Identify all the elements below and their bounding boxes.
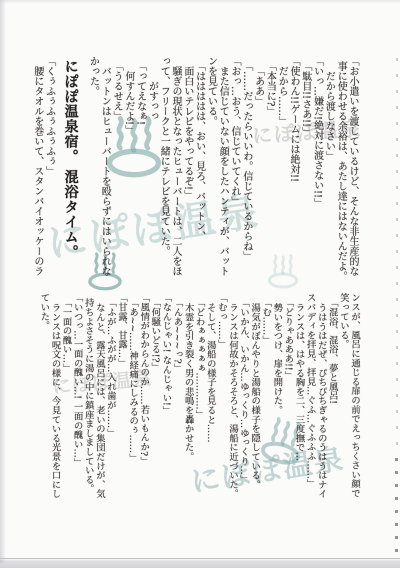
scan-artifact-dashes xyxy=(395,458,398,560)
text-line: 「ああ」 xyxy=(252,56,264,308)
text-line: 騒ぎの現状となったヒューバートは、二人をほ xyxy=(169,56,181,308)
text-line: なんと、露天風呂には、老いの集団だけが、気 xyxy=(94,293,105,535)
text-line: ランスは、はやる胸を二、三度撫で… xyxy=(293,293,304,535)
text-line: 「うるせえ」 xyxy=(110,56,122,308)
text-line: がすっっ xyxy=(146,56,158,308)
text-line: 「ってえなぁ! xyxy=(134,56,146,308)
text-line: って、フリークと一緒にテレビを見ていた。 xyxy=(157,56,169,308)
text-line: 持ちよさそうに湯の中に鎮座ましましている。 xyxy=(83,293,94,535)
text-line: 「……だったらいいわ。信じているからね」 xyxy=(240,56,252,308)
text-line: だから渡しなさい」 xyxy=(323,56,335,308)
text-line: ランスは呪文の様に、今見ている光景を口にし xyxy=(49,293,60,535)
text-line: 木霊を引き裂く男の悲鳴を轟かせた。 xyxy=(183,293,194,535)
text-line: だから……」 xyxy=(275,56,287,308)
text-line: 「駄目!!さあ!!」 xyxy=(299,56,311,308)
text-line: 面白いテレビをやってるぞ!」 xyxy=(181,56,193,308)
text-line: 何すんだよ!」 xyxy=(122,56,134,308)
text-line: かった。 xyxy=(87,56,99,308)
text-line: 「いかん、いかん…ゆっくり…ゆっくり…」 xyxy=(238,293,249,535)
book-page: にぽぽ温泉 にぽぽ温泉 にぽぽ温泉 にぽぽ温泉 「お小遣いを渡しているけど、そん… xyxy=(0,0,400,568)
text-line: 「いつっ…一面の醜い…! 一面の醜い…」 xyxy=(72,293,83,535)
text-line: 「む……」 xyxy=(260,293,271,535)
text-line: ていた。 xyxy=(38,293,49,535)
text-line: 「ははははは、おい、見ろ、バットン、 xyxy=(193,56,205,308)
lower-text-block: ンスが、風呂に通じる扉の前でえっちくさい顔で笑っている。「混浴、混浴、夢と風呂!… xyxy=(36,293,360,535)
text-line: 腰にタオルを巻いて、スタンバイオッケーのラ xyxy=(31,56,43,308)
text-line: 事に使わせる余裕は、あたし達にはないんだよ。 xyxy=(334,56,346,308)
text-line: 「なんじゃい! なんじゃい!」 xyxy=(160,293,171,535)
text-line: ランスは何故かそろそろと、湯船に近づいた。 xyxy=(227,293,238,535)
text-line: 「おっ…おう、信じていてくれ」 xyxy=(228,56,240,308)
text-line: 「ふが…ふがが…入れ歯が……」 xyxy=(105,293,116,535)
text-line: 笑っている。 xyxy=(338,293,349,535)
text-line: バットンはヒューバートを殴らずにはいられな xyxy=(98,56,110,308)
text-line: また信じていない顔をしたハンティが、バット xyxy=(216,56,228,308)
text-line: ンスが、風呂に通じる扉の前でえっちくさい顔で xyxy=(349,293,360,535)
text-line: 「むっ……」 xyxy=(216,293,227,535)
text-line: 「どわぁぁぁぁぁ…………」 xyxy=(194,293,205,535)
text-line: 湯気がぼんやりと湯船の様子を隠している。 xyxy=(249,293,260,535)
text-line: 「んあ~~~っ?」 xyxy=(171,293,182,535)
text-line: 勢いをつけ、扉を開けた。 xyxy=(271,293,282,535)
scan-edge-bottom xyxy=(0,558,400,568)
text-line: 「あ~~……神経痛にしみるのぅ……」 xyxy=(127,293,138,535)
text-line: 「風情がわからんのか……若いもんか?」 xyxy=(138,293,149,535)
upper-text-block: 「お小遣いを渡しているけど、そんな非生産的な事に使わせる余裕は、あたし達にはない… xyxy=(30,56,358,308)
scan-artifact-dashes xyxy=(396,58,398,458)
text-line: スバディを拝見、拝見…ぐふ…ぐふふふ……」 xyxy=(305,293,316,535)
text-line: 「甘露、甘露…」 xyxy=(116,293,127,535)
text-line: そして、湯船の様子を見ると…… xyxy=(205,293,216,535)
text-line: 「混浴、混浴、夢と風呂! xyxy=(327,293,338,535)
text-line: 「使わん!!ゲームには絶対!! xyxy=(287,56,299,308)
text-line: 「一面の醜い…」 xyxy=(60,293,71,535)
scan-edge-top xyxy=(0,0,400,4)
text-line: ンを見ている。 xyxy=(205,56,217,308)
text-line: 「どりゃあああ!!」 xyxy=(282,293,293,535)
text-line: 「お小遣いを渡しているけど、そんな非生産的な xyxy=(346,56,358,308)
text-line: 「くぅふぅふぅふぅふぅ」 xyxy=(43,56,55,308)
scan-edge-left xyxy=(0,0,6,568)
text-line: 「何騒いどる!?」 xyxy=(149,293,160,535)
text-line: 「本当に?」 xyxy=(264,56,276,308)
section-heading: にぽぽ温泉宿。 混浴タイム。 xyxy=(59,56,82,308)
text-line: うはうはだぜ、ぴちぴちぎゃるのうはうはナイ xyxy=(316,293,327,535)
text-line: 「いっ…嫌だ!絶対に渡さない!!」 xyxy=(311,56,323,308)
